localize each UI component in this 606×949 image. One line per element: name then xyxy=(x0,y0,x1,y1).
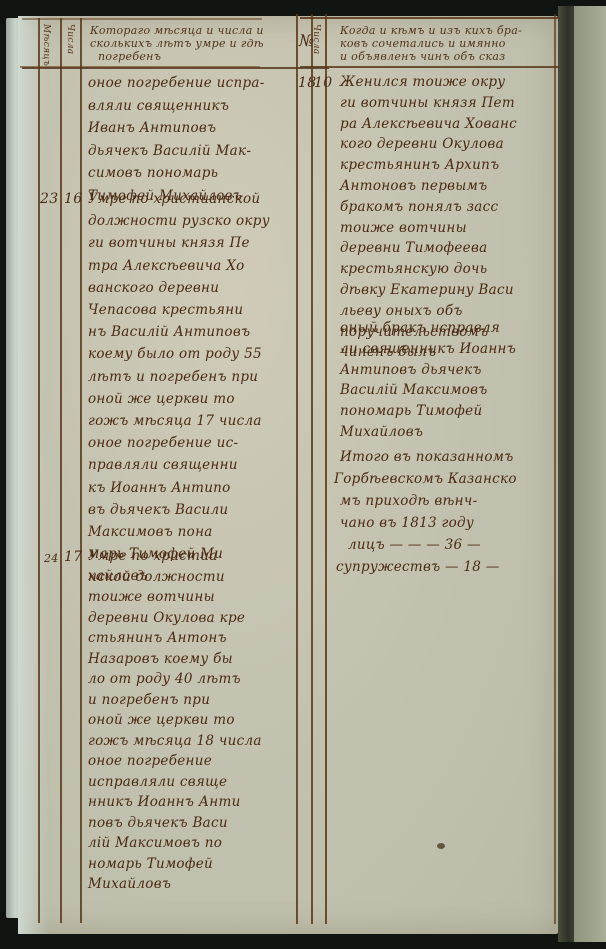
summary-total-note: Итого въ показанномъ Горбѣевскомъ Казанс… xyxy=(334,446,517,578)
facing-page-edge xyxy=(574,6,606,942)
col-rule-left-main-end xyxy=(296,14,298,924)
entry-line: Антоновъ первымъ xyxy=(340,176,517,197)
marriage-officiants-note: оный бракъ исправля ли священникъ Иоаннъ… xyxy=(340,318,516,443)
summary-persons-count: лицъ — — — 36 — xyxy=(334,534,517,556)
col-rule-right-day xyxy=(325,14,327,924)
header-bottom-rule-left xyxy=(22,67,329,69)
entry-line: ванского деревни xyxy=(88,277,270,299)
left-column-heading: Котораго мѣсяца и числа и сколькихъ лѣтъ… xyxy=(90,24,264,63)
scanned-page: Мѣсяцъ Числа Котораго мѣсяца и числа и с… xyxy=(0,0,606,949)
entry-line: лѣтъ и погребенъ при xyxy=(88,366,270,388)
entry-line: правляли священни xyxy=(88,454,270,476)
book-binding-gutter xyxy=(558,6,574,942)
left-continuation-entry: оное погребение испра- вляли священникъ … xyxy=(88,72,265,207)
entry-line: деревни Тимофеева xyxy=(340,238,517,259)
header-day-label: Числа xyxy=(63,24,76,54)
entry-line: стьянинъ Антонъ xyxy=(88,628,262,649)
entry-line: Михайловъ xyxy=(88,874,262,895)
header-right-day-label: Числа xyxy=(309,24,322,54)
entry-line: гожъ мѣсяца 18 числа xyxy=(88,731,262,752)
entry-line: нникъ Иоаннъ Анти xyxy=(88,792,262,813)
entry-line: должности рузско окру xyxy=(88,210,270,232)
entry-line: вляли священникъ xyxy=(88,95,265,118)
entry-line: Умре по христиа xyxy=(88,546,262,567)
entry-24-day: 17 xyxy=(64,546,82,569)
entry-line: Василій Максимовъ xyxy=(340,380,516,401)
col-rule-margin xyxy=(38,18,40,923)
heading-line: ковъ сочетались и имянно xyxy=(340,37,522,50)
entry-line: и погребенъ при xyxy=(88,690,262,711)
entry-line: оное погребение ис- xyxy=(88,432,270,454)
right-column-heading: Когда и кѣмъ и изъ кихъ бра- ковъ сочета… xyxy=(340,24,522,63)
summary-line: мъ приходѣ вѣнч- xyxy=(334,490,517,512)
header-bottom-rule-right xyxy=(300,66,560,68)
heading-line: сколькихъ лѣтъ умре и гдѣ xyxy=(90,37,264,50)
heading-line: Котораго мѣсяца и числа и xyxy=(90,24,264,37)
entry-line: Максимовъ пона xyxy=(88,521,270,543)
summary-line: Итого въ показанномъ xyxy=(334,446,517,468)
col-rule-month xyxy=(60,18,62,923)
entry-line: тоиже вотчины xyxy=(88,587,262,608)
entry-line: Антиповъ дьячекъ xyxy=(340,360,516,381)
entry-line: крестьянскую дочь xyxy=(340,259,517,280)
entry-line: крестьянинъ Архипъ xyxy=(340,155,517,176)
entry-line: ги вотчины князя Пет xyxy=(340,93,517,114)
entry-line: деревни Окулова кре xyxy=(88,608,262,629)
header-month-label: Мѣсяцъ xyxy=(39,24,52,66)
heading-line: и объявленъ чинъ объ сказ xyxy=(340,50,522,63)
entry-line: симовъ пономарь xyxy=(88,162,265,185)
entry-24-month: 24 xyxy=(44,548,59,571)
entry-line: тра Алексѣевича Хо xyxy=(88,255,270,277)
top-rule xyxy=(22,18,262,20)
entry-23-month: 23 xyxy=(40,188,58,211)
col-rule-right-main-end xyxy=(554,14,556,924)
entry-line: ло от роду 40 лѣтъ xyxy=(88,669,262,690)
entry-line: ги вотчины князя Пе xyxy=(88,232,270,254)
header-top-rule-right xyxy=(300,17,560,19)
entry-line: оной же церкви то xyxy=(88,388,270,410)
entry-line: ли священникъ Иоаннъ xyxy=(340,339,516,360)
entry-line: повъ дьячекъ Васи xyxy=(88,813,262,834)
entry-18-day: 10 xyxy=(314,72,332,95)
entry-line: кого деревни Окулова xyxy=(340,134,517,155)
entry-23-day: 16 xyxy=(64,188,82,211)
entry-line: бракомъ понялъ засс xyxy=(340,197,517,218)
entry-line: исправляли свяще xyxy=(88,772,262,793)
entry-line: лій Максимовъ по xyxy=(88,833,262,854)
summary-line: чано въ 1813 году xyxy=(334,512,517,534)
heading-line: Когда и кѣмъ и изъ кихъ бра- xyxy=(340,24,522,37)
entry-line: оное погребение xyxy=(88,751,262,772)
death-entry-24: Умре по христиа нской должности тоиже во… xyxy=(88,546,262,895)
entry-line: нской должности xyxy=(88,567,262,588)
entry-line: дьячекъ Василій Мак- xyxy=(88,140,265,163)
ink-spot xyxy=(437,843,445,849)
entry-line: Женился тоиже окру xyxy=(340,72,517,93)
entry-line: коему было от роду 55 xyxy=(88,343,270,365)
entry-line: Иванъ Антиповъ xyxy=(88,117,265,140)
col-rule-day xyxy=(80,18,82,923)
entry-line: оной же церкви то xyxy=(88,710,262,731)
entry-line: Михайловъ xyxy=(340,422,516,443)
entry-line: гожъ мѣсяца 17 числа xyxy=(88,410,270,432)
entry-line: Умре по христианской xyxy=(88,188,270,210)
summary-marriages-count: супружествъ — 18 — xyxy=(334,556,517,578)
paper-edge-highlight xyxy=(18,16,48,934)
entry-line: къ Иоаннъ Антипо xyxy=(88,477,270,499)
entry-line: номарь Тимофей xyxy=(88,854,262,875)
entry-line: оное погребение испра- xyxy=(88,72,265,95)
entry-line: оный бракъ исправля xyxy=(340,318,516,339)
entry-line: Чепасова крестьяни xyxy=(88,299,270,321)
entry-line: тоиже вотчины xyxy=(340,218,517,239)
entry-line: пономарь Тимофей xyxy=(340,401,516,422)
entry-line: ра Алексѣевича Хованс xyxy=(340,114,517,135)
entry-line: въ дьячекъ Васили xyxy=(88,499,270,521)
col-rule-right-number xyxy=(311,14,313,924)
entry-line: нъ Василій Антиповъ xyxy=(88,321,270,343)
heading-line: погребенъ xyxy=(90,50,264,63)
entry-line: Назаровъ коему бы xyxy=(88,649,262,670)
summary-line: Горбѣевскомъ Казанско xyxy=(334,468,517,490)
death-entry-23: Умре по христианской должности рузско ок… xyxy=(88,188,270,588)
entry-line: дѣвку Екатерину Васи xyxy=(340,280,517,301)
